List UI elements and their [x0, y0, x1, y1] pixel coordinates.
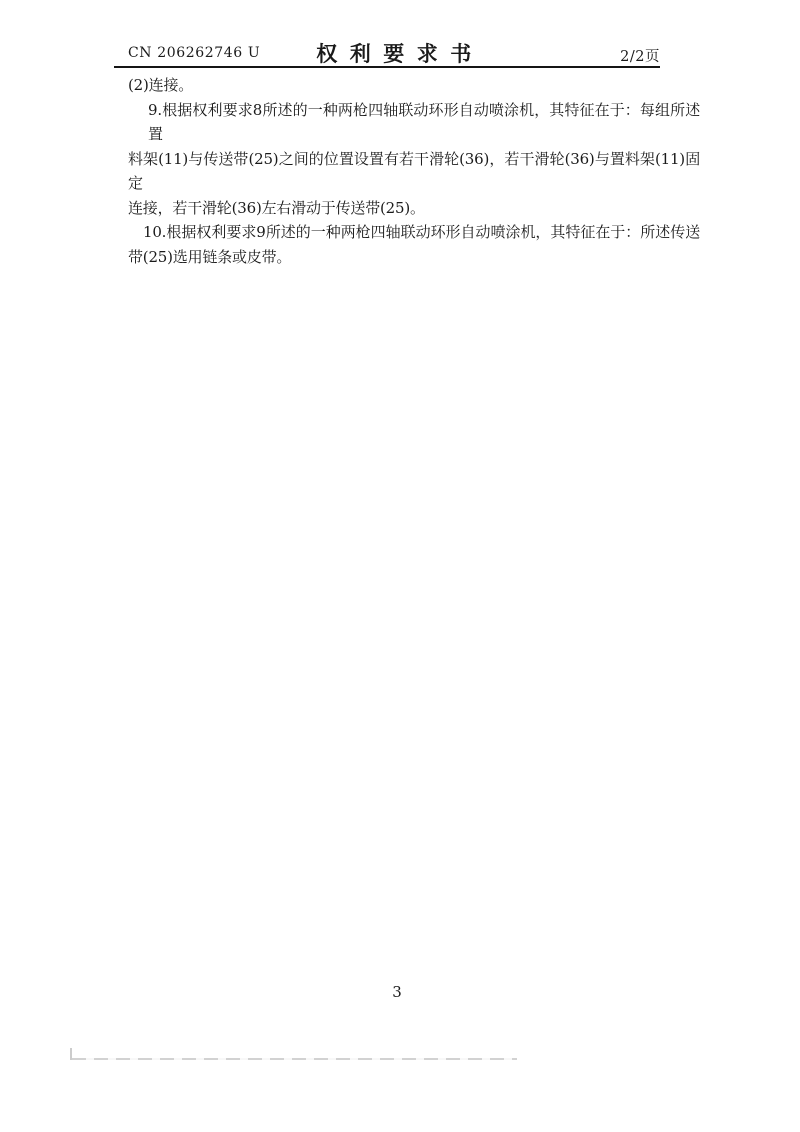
page-indicator: 2/2页 — [620, 45, 660, 66]
page-number: 3 — [0, 983, 794, 1001]
header-rule — [114, 66, 660, 68]
claims-text-block: (2)连接。 9.根据权利要求8所述的一种两枪四轴联动环形自动喷涂机，其特征在于… — [128, 73, 700, 269]
claim-9-line-1: 9.根据权利要求8所述的一种两枪四轴联动环形自动喷涂机，其特征在于：每组所述置 — [128, 98, 700, 147]
claim-10-line-2: 带(25)选用链条或皮带。 — [128, 245, 700, 270]
page-title: 权利要求书 — [0, 38, 800, 68]
patent-claims-page: CN 206262746 U 权利要求书 2/2页 (2)连接。 9.根据权利要… — [0, 0, 800, 1132]
claim-9-line-3: 连接，若干滑轮(36)左右滑动于传送带(25)。 — [128, 196, 700, 221]
scan-artifact-streak — [72, 1058, 517, 1060]
claim-9-line-2: 料架(11)与传送带(25)之间的位置设置有若干滑轮(36)，若干滑轮(36)与… — [128, 147, 700, 196]
claim-8-tail-line: (2)连接。 — [128, 73, 700, 98]
claim-10-line-1: 10.根据权利要求9所述的一种两枪四轴联动环形自动喷涂机，其特征在于：所述传送 — [128, 220, 700, 245]
